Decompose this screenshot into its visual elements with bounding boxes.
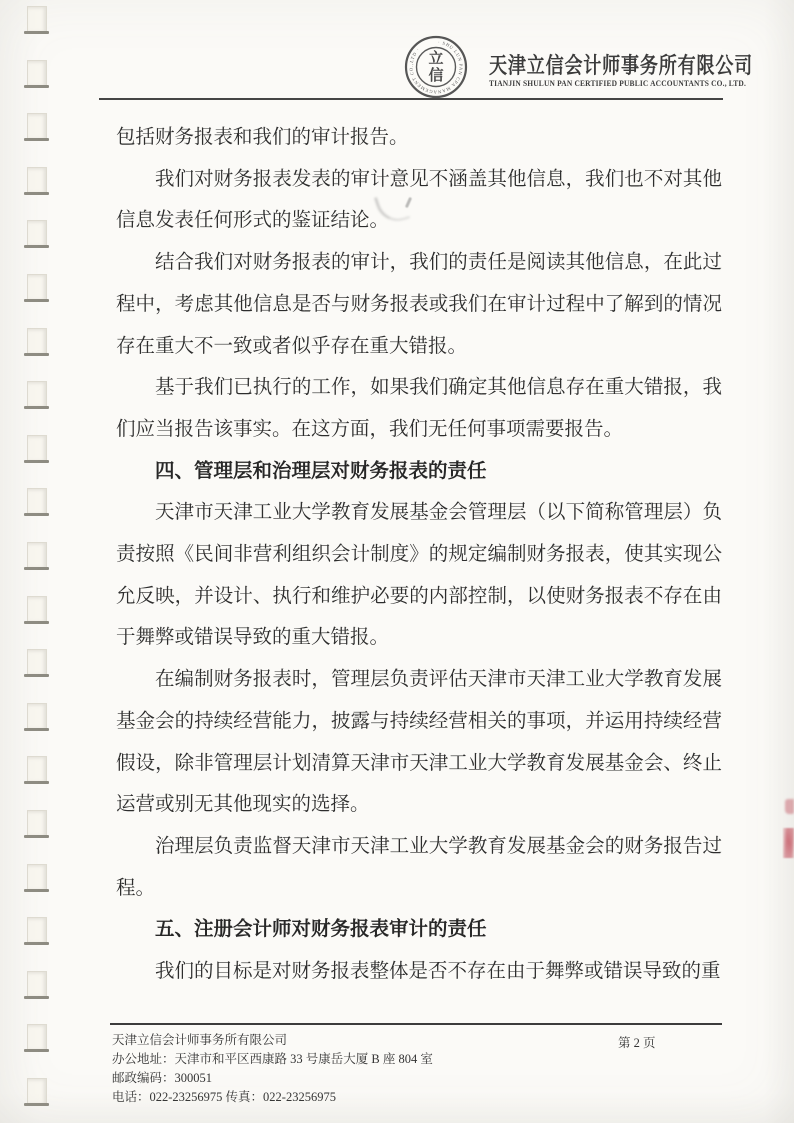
binding-hole xyxy=(27,971,47,996)
binding-hole xyxy=(27,917,47,942)
binding-hole xyxy=(27,703,47,728)
binding-hole xyxy=(27,1078,47,1103)
binding-hole xyxy=(27,381,47,406)
body-paragraph: 我们对财务报表发表的审计意见不涵盖其他信息，我们也不对其他信息发表任何形式的鉴证… xyxy=(116,159,722,242)
binding-hole xyxy=(27,864,47,889)
red-seal-fragment xyxy=(785,799,794,814)
red-seal-fragment xyxy=(783,828,794,858)
binding-hole xyxy=(27,6,47,31)
binding-hole xyxy=(27,756,47,781)
body-paragraph: 包括财务报表和我们的审计报告。 xyxy=(116,117,722,159)
svg-text:立: 立 xyxy=(428,49,443,67)
binding-hole xyxy=(27,596,47,621)
body-paragraph: 天津市天津工业大学教育发展基金会管理层（以下简称管理层）负责按照《民间非营利组织… xyxy=(116,492,722,659)
binding-hole xyxy=(27,435,47,460)
body-paragraph: 基于我们已执行的工作，如果我们确定其他信息存在重大错报，我们应当报告该事实。在这… xyxy=(116,367,722,450)
binding-hole xyxy=(27,542,47,567)
binding-holes xyxy=(0,0,60,1123)
scanned-document-page: · SHU LUN PAN CPA MANAGEMENT CO.,LTD · 立… xyxy=(0,0,794,1123)
header-rule xyxy=(99,98,723,100)
body-paragraph: 在编制财务报表时，管理层负责评估天津市天津工业大学教育发展基金会的持续经营能力，… xyxy=(116,659,722,826)
footer-phone-fax: 电话：022-23256975 传真：022-23256975 xyxy=(112,1088,724,1107)
footer-address: 办公地址：天津市和平区西康路 33 号康岳大厦 B 座 804 室 xyxy=(112,1050,724,1069)
binding-hole xyxy=(27,488,47,513)
binding-hole xyxy=(27,328,47,353)
company-name-chinese: 天津立信会计师事务所有限公司 xyxy=(489,49,753,80)
company-seal-logo-icon: · SHU LUN PAN CPA MANAGEMENT CO.,LTD · 立… xyxy=(404,35,468,99)
company-name-english: TIANJIN SHULUN PAN CERTIFIED PUBLIC ACCO… xyxy=(489,79,746,88)
body-paragraph: 我们的目标是对财务报表整体是否不存在由于舞弊或错误导致的重 xyxy=(116,951,722,993)
footer-postal-code: 邮政编码：300051 xyxy=(112,1069,724,1088)
section-heading: 五、注册会计师对财务报表审计的责任 xyxy=(116,909,722,951)
binding-hole xyxy=(27,649,47,674)
binding-hole xyxy=(27,60,47,85)
binding-hole xyxy=(27,113,47,138)
binding-hole xyxy=(27,220,47,245)
svg-text:信: 信 xyxy=(428,66,443,84)
binding-hole xyxy=(27,274,47,299)
body-paragraph: 治理层负责监督天津市天津工业大学教育发展基金会的财务报告过程。 xyxy=(116,826,722,909)
body-text: 包括财务报表和我们的审计报告。我们对财务报表发表的审计意见不涵盖其他信息，我们也… xyxy=(116,117,722,993)
body-paragraph: 结合我们对财务报表的审计，我们的责任是阅读其他信息，在此过程中，考虑其他信息是否… xyxy=(116,242,722,367)
page-number: 第 2 页 xyxy=(618,1033,656,1051)
section-heading: 四、管理层和治理层对财务报表的责任 xyxy=(116,451,722,493)
binding-hole xyxy=(27,1024,47,1049)
binding-hole xyxy=(27,810,47,835)
binding-hole xyxy=(27,167,47,192)
footer-rule xyxy=(110,1023,722,1025)
